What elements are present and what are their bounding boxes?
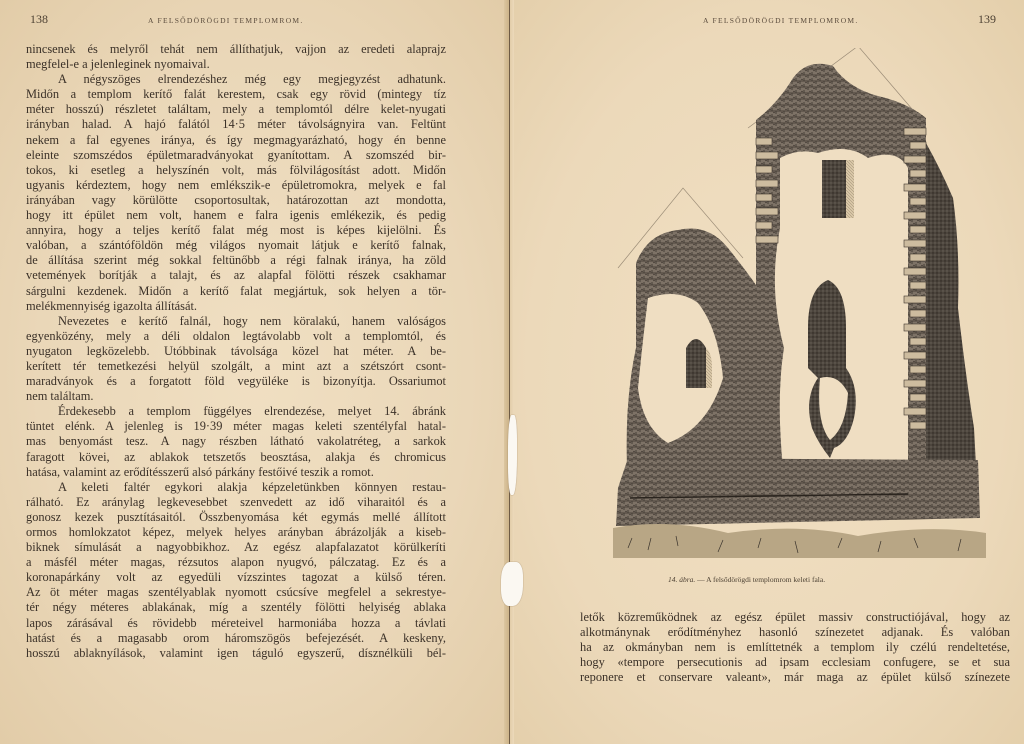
text-line: sárgulni kezdenek. Midőn a kerítő falat …	[26, 284, 446, 299]
text-line: nekem a fal egyenes iránya, és így megma…	[26, 133, 446, 148]
text-line: reponere et conservare valeant», már mag…	[580, 670, 1010, 685]
figure-church-ruin-engraving	[608, 48, 988, 568]
paper-tear	[501, 562, 523, 606]
text-line: irányban halad. A hajó falától 14·5 méte…	[26, 117, 446, 132]
text-line: de állítása szerint még sokkal feltünőbb…	[26, 253, 446, 268]
text-line: Az öt méter magas szentélyablak nyomott …	[26, 585, 446, 600]
page-number: 138	[30, 12, 48, 27]
book-spread: 138 A FELSŐDÖRÖGDI TEMPLOMROM. nincsenek…	[0, 0, 1024, 744]
text-line: gonosz kezek pusztításaitól. Összbenyomá…	[26, 510, 446, 525]
text-line: annyira, hogy a teljes kerítő falat még …	[26, 223, 446, 238]
text-line: ha az okmányban nem is említtetnék a tem…	[580, 640, 1010, 655]
text-line: faragott kövei, az ablakok tetszetős beo…	[26, 450, 446, 465]
text-line: hosszú ablaknyílások, valamint igen tágu…	[26, 646, 446, 661]
text-line: valóban, a szántóföldön még világos nyom…	[26, 238, 446, 253]
text-line: hatást és a magasabb orom háromszögös be…	[26, 631, 446, 646]
text-line: A keleti faltér egykori alakja képzeletü…	[26, 480, 446, 495]
text-line: Érdekesebb a templom függélyes elrendezé…	[26, 404, 446, 419]
text-line: letők közreműködnek az egész épület mass…	[580, 610, 1010, 625]
left-page: 138 A FELSŐDÖRÖGDI TEMPLOMROM. nincsenek…	[0, 0, 508, 744]
body-text: letők közreműködnek az egész épület mass…	[580, 610, 1010, 685]
text-line: hogy «tempore persecutionis ad ipsam ecc…	[580, 655, 1010, 670]
text-line: lapos zárásával és rövidebb méreteivel h…	[26, 616, 446, 631]
text-line: nincsenek és melyről tehát nem állíthatj…	[26, 42, 446, 57]
ruin-illustration-icon	[608, 48, 988, 568]
page-number: 139	[978, 12, 996, 27]
text-line: méter hosszú) részletet találtam, mely a…	[26, 102, 446, 117]
text-line: nyugaton legközelebb. Utóbbinak távolság…	[26, 344, 446, 359]
text-line: nem találtam.	[26, 389, 446, 404]
text-line: tüntet elénk. A jelenleg is 19·39 méter …	[26, 419, 446, 434]
text-line: koronapárkány volt az egyedüli vízszinte…	[26, 570, 446, 585]
text-line: a másfél méter magas, rézsutos alapon ny…	[26, 555, 446, 570]
text-line: hogy itt épület nem volt, hanem e falra …	[26, 208, 446, 223]
text-line: eleinte szomszédos épületmaradványokat g…	[26, 148, 446, 163]
fold-line	[509, 0, 510, 744]
body-text: nincsenek és melyről tehát nem állíthatj…	[26, 42, 446, 661]
text-line: hatása, valamint az erődítésszerű alsó p…	[26, 465, 446, 480]
paper-tear	[508, 415, 517, 495]
text-line: rálható. Ez aránylag legkevesebbet szenv…	[26, 495, 446, 510]
text-line: tokos, ki esetleg a helyszínén volt, más…	[26, 163, 446, 178]
text-line: melékmennyiség igazolta állítását.	[26, 299, 446, 314]
text-line: egyenközény, mely a déli oldalon legtávo…	[26, 329, 446, 344]
right-page: A FELSŐDÖRÖGDI TEMPLOMROM. 139	[508, 0, 1024, 744]
text-line: ormos homlokzatot képez, melyek helyes a…	[26, 525, 446, 540]
text-line: A négyszöges elrendezéshez még egy megje…	[26, 72, 446, 87]
text-line: alkotmánynak erődítményhez hasonló színe…	[580, 625, 1010, 640]
figure-caption-text: — A felsődörögdi templomrom keleti fala.	[697, 575, 825, 584]
figure-label: 14. ábra.	[668, 575, 695, 584]
text-line: tér négy méteres ablakának, míg a szenté…	[26, 600, 446, 615]
text-line: biknek símulását a nagyobbikhoz. Az egés…	[26, 540, 446, 555]
figure-caption: 14. ábra. — A felsődörögdi templomrom ke…	[668, 575, 825, 584]
text-line: ugyanis kérdeztem, hogy nem emlékszik-e …	[26, 178, 446, 193]
text-line: maradványok és a forgatott föld vegyülék…	[26, 374, 446, 389]
text-line: kerített tér temetkezési helyül szolgált…	[26, 359, 446, 374]
text-line: Nevezetes e kerítő falnál, hogy nem köra…	[26, 314, 446, 329]
running-head: A FELSŐDÖRÖGDI TEMPLOMROM.	[148, 16, 304, 25]
text-line: megfelel-e a jelenleginek nyomaival.	[26, 57, 446, 72]
text-line: irányában vagy körülötte csoportosultak,…	[26, 193, 446, 208]
text-line: mas benyomást tesz. A nagy részben látha…	[26, 434, 446, 449]
running-head: A FELSŐDÖRÖGDI TEMPLOMROM.	[703, 16, 859, 25]
text-line: vetemények borítják a talajt, és az alap…	[26, 268, 446, 283]
text-line: Midőn a templom kerítő falát kerestem, c…	[26, 87, 446, 102]
